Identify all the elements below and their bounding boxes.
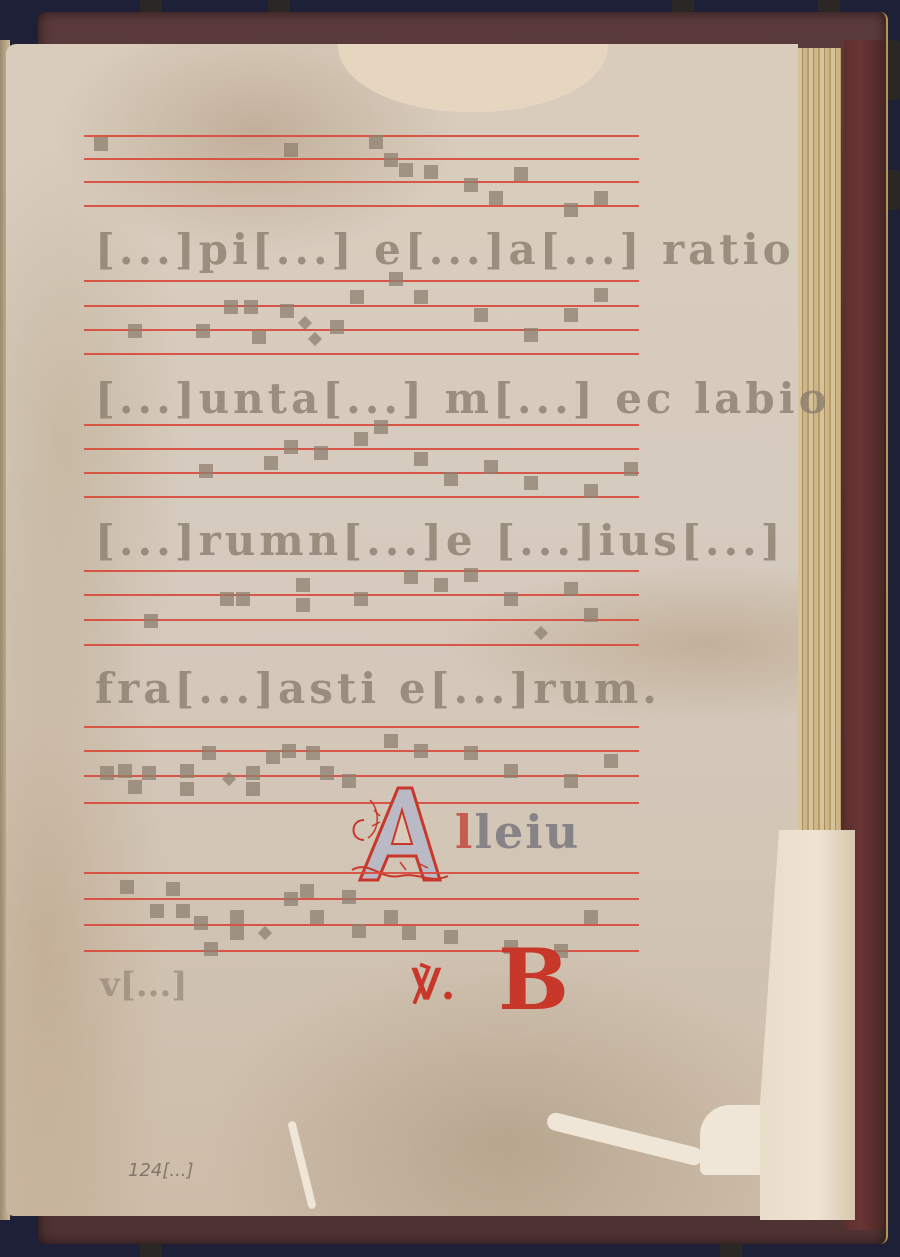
neume — [504, 592, 518, 606]
neume — [564, 582, 578, 596]
neume — [464, 746, 478, 760]
neume — [258, 926, 272, 940]
neume — [314, 446, 328, 460]
neume — [342, 890, 356, 904]
neume — [100, 766, 114, 780]
neume — [266, 750, 280, 764]
neume — [444, 472, 458, 486]
neume — [320, 766, 334, 780]
neume — [564, 308, 578, 322]
neume — [524, 328, 538, 342]
neume — [564, 774, 578, 788]
neume — [534, 626, 548, 640]
neume — [384, 734, 398, 748]
neume — [414, 290, 428, 304]
neume — [224, 300, 238, 314]
neume — [594, 288, 608, 302]
neume — [94, 137, 108, 151]
alleluia-text: lleiu — [455, 805, 580, 859]
neume — [464, 568, 478, 582]
neume — [504, 764, 518, 778]
lyric-line-4: fra[...]asti e[...]rum. — [95, 664, 661, 713]
neume — [252, 330, 266, 344]
neume — [118, 764, 132, 778]
lyric-line-end: v[...] — [100, 965, 187, 1005]
lyric-line-1: [...]pi[...] e[...]a[...] ratio — [95, 225, 795, 274]
neume — [282, 744, 296, 758]
neume — [350, 290, 364, 304]
neume — [564, 203, 578, 217]
neume — [484, 460, 498, 474]
manuscript-photograph: [...]pi[...] e[...]a[...] ratio [...]unt… — [0, 0, 900, 1257]
neume — [296, 598, 310, 612]
music-staff-4 — [84, 568, 639, 654]
neume — [128, 780, 142, 794]
neume — [464, 178, 478, 192]
neume — [424, 165, 438, 179]
neume — [284, 892, 298, 906]
neume — [300, 884, 314, 898]
neume — [414, 744, 428, 758]
neume — [489, 191, 503, 205]
lyric-line-2: [...]unta[...] m[...] ec labio — [95, 374, 831, 423]
neume — [306, 746, 320, 760]
neume — [404, 570, 418, 584]
neume — [230, 910, 244, 924]
neume — [284, 440, 298, 454]
neume — [434, 578, 448, 592]
neume — [584, 484, 598, 498]
neume — [384, 153, 398, 167]
neume — [604, 754, 618, 768]
neume — [352, 924, 366, 938]
neume — [142, 766, 156, 780]
neume — [236, 592, 250, 606]
folio-number: 124[...] — [128, 1160, 194, 1181]
neume — [389, 272, 403, 286]
neume — [308, 332, 322, 346]
neume — [128, 324, 142, 338]
neume — [194, 916, 208, 930]
neume — [244, 300, 258, 314]
neume — [310, 910, 324, 924]
neume — [176, 904, 190, 918]
neume — [584, 910, 598, 924]
neume — [402, 926, 416, 940]
neume — [230, 926, 244, 940]
neume — [202, 746, 216, 760]
neume — [246, 782, 260, 796]
neume — [369, 135, 383, 149]
neume — [474, 308, 488, 322]
neume — [624, 462, 638, 476]
neume — [594, 191, 608, 205]
neume — [284, 143, 298, 157]
neume — [220, 592, 234, 606]
neume — [384, 910, 398, 924]
neume — [196, 324, 210, 338]
music-staff-1 — [84, 133, 639, 213]
neume — [374, 420, 388, 434]
neume — [354, 592, 368, 606]
neume — [296, 578, 310, 592]
neume — [514, 167, 528, 181]
neume — [298, 316, 312, 330]
music-staff-2 — [84, 278, 639, 360]
lyric-line-3: [...]rumn[...]e [...]ius[...] — [95, 516, 785, 565]
neume — [144, 614, 158, 628]
neume — [414, 452, 428, 466]
music-staff-3 — [84, 422, 639, 504]
neume — [150, 904, 164, 918]
neume — [524, 476, 538, 490]
neume — [199, 464, 213, 478]
neume — [180, 782, 194, 796]
neume — [204, 942, 218, 956]
neume — [354, 432, 368, 446]
neume — [246, 766, 260, 780]
alleluia-rest: leiu — [474, 805, 580, 859]
neume — [180, 764, 194, 778]
alleluia-red-l: l — [455, 805, 474, 859]
neume — [280, 304, 294, 318]
neume — [166, 882, 180, 896]
neume — [120, 880, 134, 894]
neume — [399, 163, 413, 177]
versicle-initial-b: B — [498, 938, 569, 1022]
neume — [330, 320, 344, 334]
versicle-sign: ℣. — [412, 960, 455, 1009]
neume — [584, 608, 598, 622]
neume — [264, 456, 278, 470]
tear-corner — [700, 1105, 760, 1175]
neume — [444, 930, 458, 944]
